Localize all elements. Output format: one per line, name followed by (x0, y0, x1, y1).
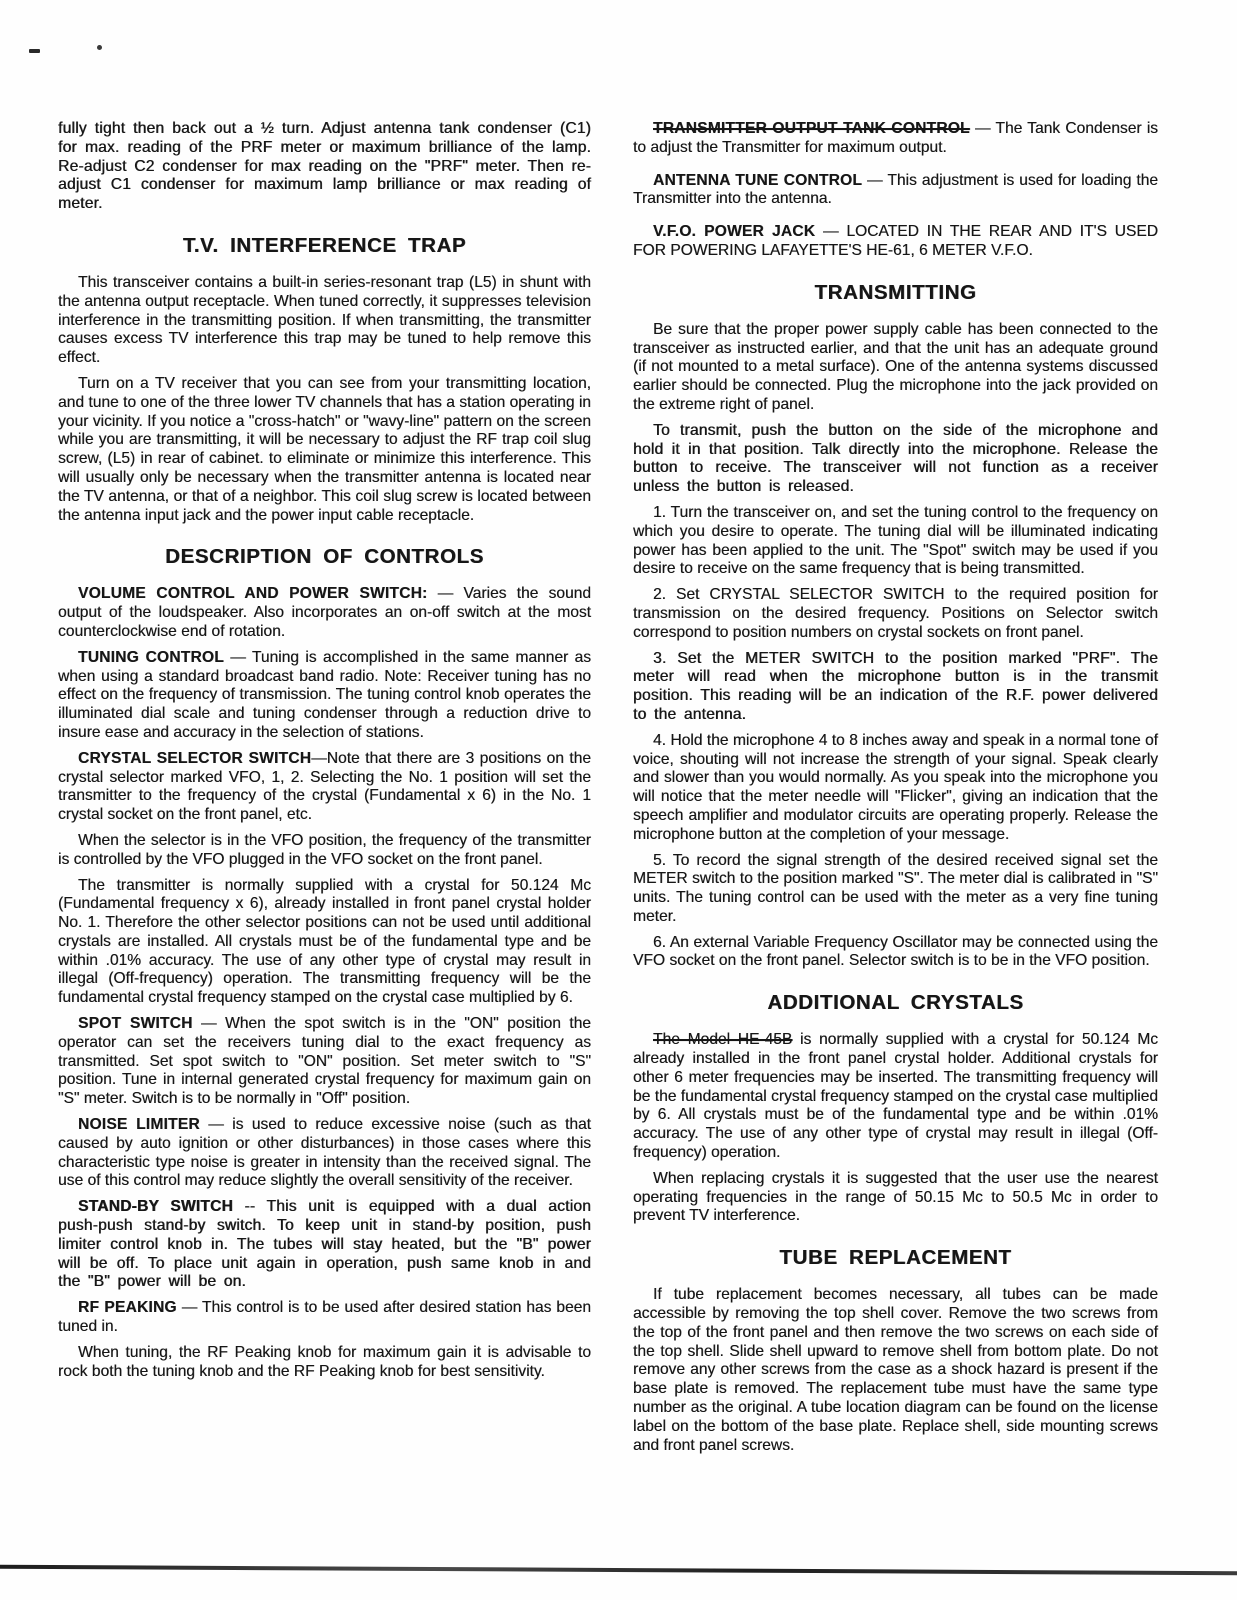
additional-crystals-paragraph-2: When replacing crystals it is suggested … (633, 1170, 1158, 1226)
transmitting-step-1: 1. Turn the transceiver on, and set the … (633, 504, 1158, 579)
additional-crystals-paragraph-1: The Model HE-45B is normally supplied wi… (633, 1031, 1158, 1163)
paragraph-text: is normally supplied with a crystal for … (633, 1031, 1158, 1161)
control-noise-limiter: NOISE LIMITER — is used to reduce excess… (58, 1116, 591, 1191)
control-rf-peaking: RF PEAKING — This control is to be used … (58, 1299, 591, 1337)
heading-additional-crystals: ADDITIONAL CRYSTALS (633, 991, 1158, 1015)
transmitting-paragraph-1: Be sure that the proper power supply cab… (633, 321, 1158, 415)
controls-continued: TRANSMITTER OUTPUT TANK CONTROL — The Ta… (633, 120, 1158, 261)
control-tuning-control: TUNING CONTROL — Tuning is accomplished … (58, 649, 591, 743)
heading-description-of-controls: DESCRIPTION OF CONTROLS (58, 545, 591, 569)
control-crystal-selector-switch: CRYSTAL SELECTOR SWITCH—Note that there … (58, 750, 591, 825)
control-term: RF PEAKING (78, 1299, 177, 1316)
scan-edge-line (0, 1565, 1237, 1576)
control-term: V.F.O. POWER JACK (653, 223, 815, 240)
two-column-layout: fully tight then back out a ½ turn. Adju… (58, 120, 1158, 1462)
model-number: The Model HE-45B (653, 1031, 792, 1048)
control-term: VOLUME CONTROL AND POWER SWITCH: (78, 585, 427, 602)
control-term: SPOT SWITCH (78, 1015, 193, 1032)
manual-page: fully tight then back out a ½ turn. Adju… (0, 0, 1237, 1600)
control-term: CRYSTAL SELECTOR SWITCH (78, 750, 311, 767)
control-term: TRANSMITTER OUTPUT TANK CONTROL (653, 120, 970, 137)
control-transmitter-output-tank: TRANSMITTER OUTPUT TANK CONTROL — The Ta… (633, 120, 1158, 158)
transmitting-step-4: 4. Hold the microphone 4 to 8 inches awa… (633, 732, 1158, 845)
control-spot-switch: SPOT SWITCH — When the spot switch is in… (58, 1015, 591, 1109)
paragraph-vfo-position: When the selector is in the VFO position… (58, 832, 591, 870)
tv-trap-paragraph-2: Turn on a TV receiver that you can see f… (58, 375, 591, 525)
control-term: NOISE LIMITER (78, 1116, 200, 1133)
transmitting-step-3: 3. Set the METER SWITCH to the position … (633, 650, 1158, 725)
scan-speck-dash (29, 49, 40, 53)
control-stand-by-switch: STAND-BY SWITCH -- This unit is equipped… (58, 1198, 591, 1292)
control-term: TUNING CONTROL (78, 649, 224, 666)
left-column: fully tight then back out a ½ turn. Adju… (58, 120, 591, 1462)
control-volume-power-switch: VOLUME CONTROL AND POWER SWITCH: — Varie… (58, 585, 591, 641)
transmitting-step-5: 5. To record the signal strength of the … (633, 852, 1158, 927)
transmitting-step-6: 6. An external Variable Frequency Oscill… (633, 934, 1158, 972)
transmitting-step-2: 2. Set CRYSTAL SELECTOR SWITCH to the re… (633, 586, 1158, 642)
control-vfo-power-jack: V.F.O. POWER JACK — LOCATED IN THE REAR … (633, 223, 1158, 261)
control-antenna-tune: ANTENNA TUNE CONTROL — This adjustment i… (633, 172, 1158, 210)
control-term: STAND-BY SWITCH (78, 1198, 233, 1215)
tv-trap-paragraph-1: This transceiver contains a built-in ser… (58, 274, 591, 368)
paragraph-crystal-supplied: The transmitter is normally supplied wit… (58, 877, 591, 1009)
transmitting-paragraph-2: To transmit, push the button on the side… (633, 422, 1158, 497)
paragraph-rf-peaking-tip: When tuning, the RF Peaking knob for max… (58, 1344, 591, 1382)
continuation-paragraph: fully tight then back out a ½ turn. Adju… (58, 120, 591, 214)
right-column: TRANSMITTER OUTPUT TANK CONTROL — The Ta… (633, 120, 1158, 1462)
scan-speck-dot (97, 45, 102, 50)
heading-transmitting: TRANSMITTING (633, 281, 1158, 305)
control-term: ANTENNA TUNE CONTROL (653, 172, 862, 189)
tube-replacement-paragraph: If tube replacement becomes necessary, a… (633, 1286, 1158, 1455)
heading-tube-replacement: TUBE REPLACEMENT (633, 1246, 1158, 1270)
heading-tv-interference-trap: T.V. INTERFERENCE TRAP (58, 234, 591, 258)
